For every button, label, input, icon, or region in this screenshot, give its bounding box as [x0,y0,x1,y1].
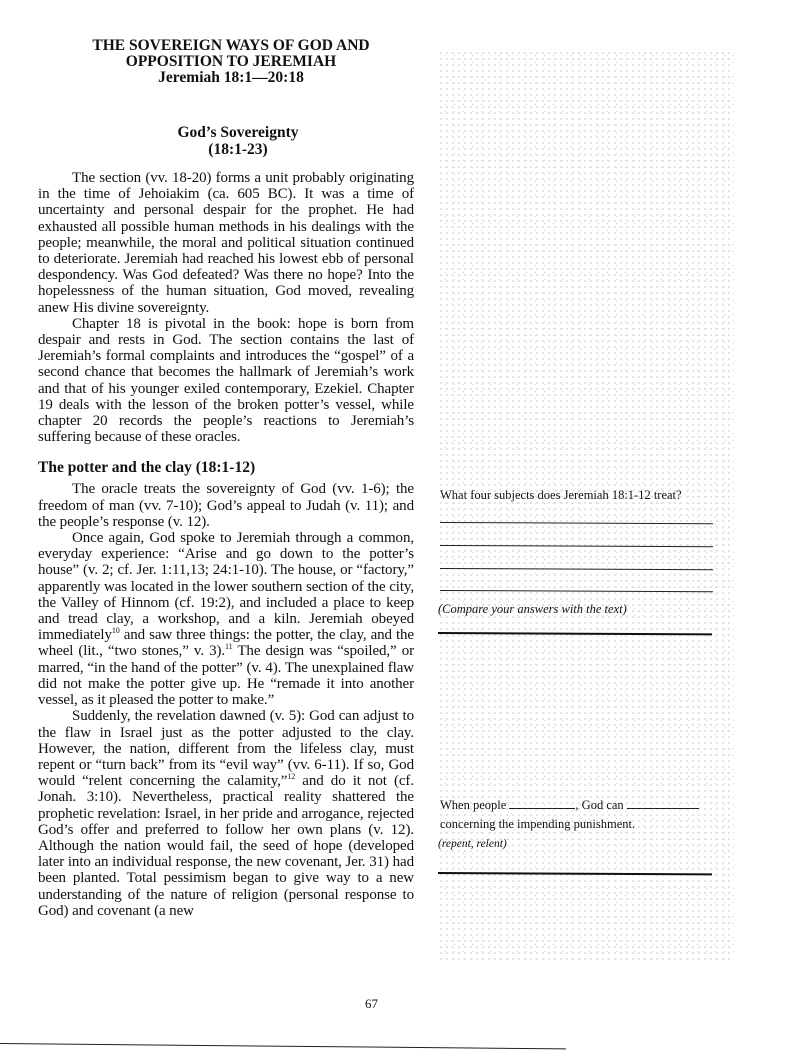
study-question-2: When people , God can concerning the imp… [440,796,720,834]
subsection-heading: The potter and the clay (18:1-12) [38,459,414,477]
subsection-body: The oracle treats the sovereignty of God… [38,481,414,918]
section-body: The section (vv. 18-20) forms a unit pro… [38,170,414,445]
question-text: , God can [575,798,623,812]
answer-hint-1: (Compare your answers with the text) [438,602,627,617]
page-number: 67 [365,996,378,1012]
paragraph: Suddenly, the revelation dawned (v. 5): … [38,708,414,919]
footnote-ref: 11 [225,642,233,651]
fill-in-blank[interactable] [627,797,699,809]
question-text: concerning the impending punishment. [440,817,635,831]
section-heading: God’s Sovereignty (18:1-23) [62,124,414,158]
chapter-title: THE SOVEREIGN WAYS OF GOD AND OPPOSITION… [48,38,414,86]
paragraph: Once again, God spoke to Jeremiah throug… [38,530,414,708]
paragraph: Chapter 18 is pivotal in the book: hope … [38,316,414,446]
footnote-ref: 12 [287,772,295,781]
answer-hint-2: (repent, relent) [438,838,507,850]
section-heading-title: God’s Sovereignty [62,124,414,141]
paragraph: The oracle treats the sovereignty of God… [38,481,414,530]
title-line-1: THE SOVEREIGN WAYS OF GOD AND [48,38,414,54]
study-question-1: What four subjects does Jeremiah 18:1-12… [440,486,720,505]
fill-in-blank[interactable] [509,797,575,809]
main-column: THE SOVEREIGN WAYS OF GOD AND OPPOSITION… [38,38,414,919]
paragraph: The section (vv. 18-20) forms a unit pro… [38,170,414,316]
title-line-2: OPPOSITION TO JEREMIAH [48,54,414,70]
paragraph-text: and do it not (cf. Jonah. 3:10). Neverth… [38,773,414,919]
footer-rule [0,1043,566,1049]
section-heading-reference: (18:1-23) [62,141,414,158]
question-text: When people [440,798,506,812]
title-scripture-reference: Jeremiah 18:1—20:18 [48,70,414,86]
footnote-ref: 10 [112,626,120,635]
